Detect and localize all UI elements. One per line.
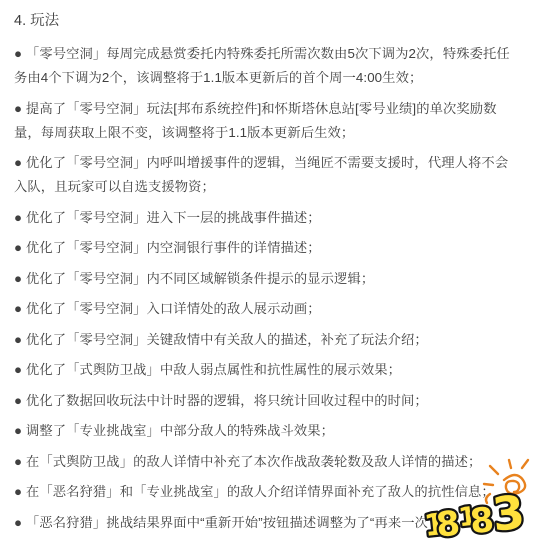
patch-note-item: ● 优化了「零号空洞」内空洞银行事件的详情描述； [14,236,526,260]
patch-note-item: ● 优化了「零号空洞」内不同区域解锁条件提示的显示逻辑； [14,267,526,291]
patch-note-item: ● 「恶名狩猎」挑战结果界面中“重新开始”按钮描述调整为了“再来一次”。 [14,511,526,535]
patch-note-item: ● 优化了「零号空洞」关键敌情中有关敌人的描述，补充了玩法介绍； [14,328,526,352]
patch-note-item: ● 调整了「专业挑战室」中部分敌人的特殊战斗效果； [14,419,526,443]
patch-note-item: ● 提高了「零号空洞」玩法[邦布系统控件]和怀斯塔休息站[零号业绩]的单次奖励数… [14,97,526,145]
page-title: 4. 玩法 [14,9,526,33]
patch-note-item: ● 优化了「零号空洞」入口详情处的敌人展示动画； [14,297,526,321]
patch-note-item: ● 优化了「式舆防卫战」中敌人弱点属性和抗性属性的展示效果； [14,358,526,382]
patch-note-item: ● 优化了「零号空洞」进入下一层的挑战事件描述； [14,206,526,230]
patch-note-item: ● 在「式舆防卫战」的敌人详情中补充了本次作战敌袭轮数及敌人详情的描述； [14,450,526,474]
patch-note-item: ● 优化了「零号空洞」内呼叫增援事件的逻辑，当绳匠不需要支援时，代理人将不会 入… [14,151,526,199]
patch-note-item: ● 「零号空洞」每周完成悬赏委托内特殊委托所需次数由5次下调为2次，特殊委托任 … [14,42,526,90]
patch-note-item: ● 在「恶名狩猎」和「专业挑战室」的敌人介绍详情界面补充了敌人的抗性信息； [14,480,526,504]
patch-notes-section: 4. 玩法 ● 「零号空洞」每周完成悬赏委托内特殊委托所需次数由5次下调为2次，… [0,0,540,535]
patch-note-item: ● 优化了数据回收玩法中计时器的逻辑，将只统计回收过程中的时间； [14,389,526,413]
